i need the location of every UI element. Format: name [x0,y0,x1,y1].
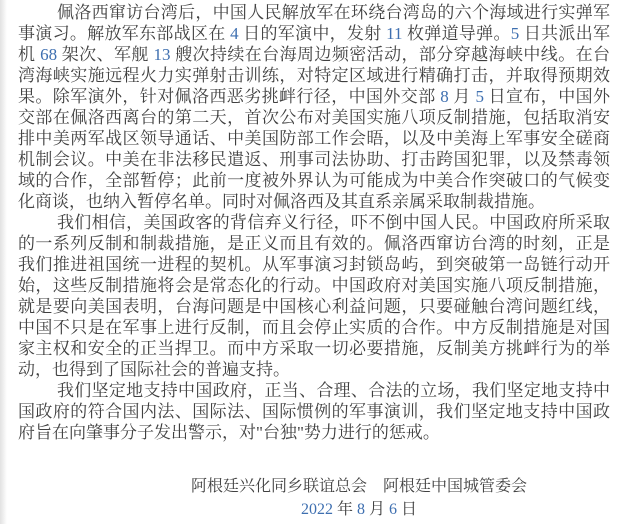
paragraph-military-drills: 佩洛西窜访台湾后，中国人民解放军在环绕台湾岛的六个海域进行实弹军事演习。解放军东… [18,2,610,212]
number-highlight: 8 [440,87,449,106]
document-content: 佩洛西窜访台湾后，中国人民解放军在环绕台湾岛的六个海域进行实弹军事演习。解放军东… [18,0,610,521]
signature-date: 2022 年 8 月 6 日 [63,498,627,521]
number-highlight: 8 [357,501,365,518]
number-highlight: 68 [40,45,57,64]
number-highlight: 5 [475,87,484,106]
paragraph-countermeasures: 我们相信，美国政客的背信弃义行径，吓不倒中国人民。中国政府所采取的一系列反制和制… [18,212,610,380]
signature-organizations: 阿根廷兴化同乡联谊总会 阿根廷中国城管委会 [63,475,627,498]
number-highlight: 4 [230,24,239,43]
number-highlight: 13 [153,45,170,64]
number-highlight: 2022 [301,501,333,518]
number-highlight: 6 [389,501,397,518]
number-highlight: 11 [386,24,402,43]
document-page: 佩洛西窜访台湾后，中国人民解放军在环绕台湾岛的六个海域进行实弹军事演习。解放军东… [0,0,627,524]
page-left-shadow [0,0,7,524]
number-highlight: 5 [511,24,520,43]
signature-block: 阿根廷兴化同乡联谊总会 阿根廷中国城管委会 2022 年 8 月 6 日 [63,475,627,521]
paragraph-support-statement: 我们坚定地支持中国政府，正当、合理、合法的立场，我们坚定地支持中国政府的符合国内… [18,380,610,443]
